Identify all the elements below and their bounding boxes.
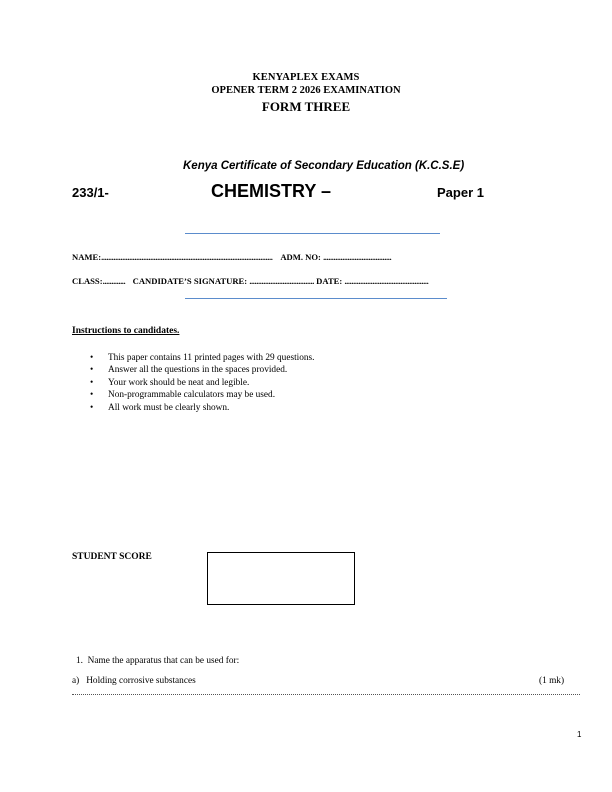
class-signature-date-row: CLASS:............. CANDIDATE’S SIGNATUR… <box>72 276 428 286</box>
date-field[interactable]: ........................................… <box>344 276 428 286</box>
instructions-list: •This paper contains 11 printed pages wi… <box>90 352 314 414</box>
class-label: CLASS: <box>72 276 103 286</box>
student-score-box[interactable] <box>207 552 355 605</box>
instruction-item: •This paper contains 11 printed pages wi… <box>90 352 314 364</box>
part-text: Holding corrosive substances <box>86 676 195 686</box>
name-adm-row: NAME:...................................… <box>72 252 391 262</box>
instruction-item: •Answer all the questions in the spaces … <box>90 364 314 376</box>
bullet-icon: • <box>90 377 93 389</box>
certificate-title: Kenya Certificate of Secondary Education… <box>183 160 464 172</box>
bullet-icon: • <box>90 364 93 376</box>
instructions-title: Instructions to candidates. <box>72 326 179 336</box>
instruction-item: •Non-programmable calculators may be use… <box>90 389 314 401</box>
question-1: 1. Name the apparatus that can be used f… <box>76 656 239 666</box>
divider-bottom <box>185 298 447 299</box>
exam-organization: KENYAPLEX EXAMS <box>0 72 612 83</box>
student-score-label: STUDENT SCORE <box>72 552 152 562</box>
question-text: Name the apparatus that can be used for: <box>88 656 240 666</box>
page-number: 1 <box>577 730 581 739</box>
part-label: a) <box>72 676 79 686</box>
question-number: 1. <box>76 656 83 666</box>
bullet-icon: • <box>90 352 93 364</box>
date-label: DATE: <box>316 276 342 286</box>
name-field[interactable]: ........................................… <box>101 252 272 262</box>
adm-label: ADM. NO: <box>280 252 321 262</box>
signature-label: CANDIDATE’S SIGNATURE: <box>133 276 248 286</box>
paper-code: 233/1- <box>72 185 109 200</box>
question-1a: a) Holding corrosive substances <box>72 676 196 686</box>
instruction-item: •Your work should be neat and legible. <box>90 377 314 389</box>
question-1a-answer-line[interactable] <box>72 694 580 696</box>
adm-field[interactable]: ....................................... <box>323 252 391 262</box>
name-label: NAME: <box>72 252 101 262</box>
paper-number: Paper 1 <box>437 185 484 200</box>
exam-title: OPENER TERM 2 2026 EXAMINATION <box>0 85 612 96</box>
class-field[interactable]: ............. <box>103 276 126 286</box>
exam-form: FORM THREE <box>0 99 612 115</box>
divider-top <box>185 233 440 234</box>
bullet-icon: • <box>90 402 93 414</box>
signature-field[interactable]: ..................................... <box>249 276 314 286</box>
question-1a-marks: (1 mk) <box>539 676 564 686</box>
subject-title: CHEMISTRY – <box>211 181 331 202</box>
bullet-icon: • <box>90 389 93 401</box>
instruction-item: •All work must be clearly shown. <box>90 402 314 414</box>
